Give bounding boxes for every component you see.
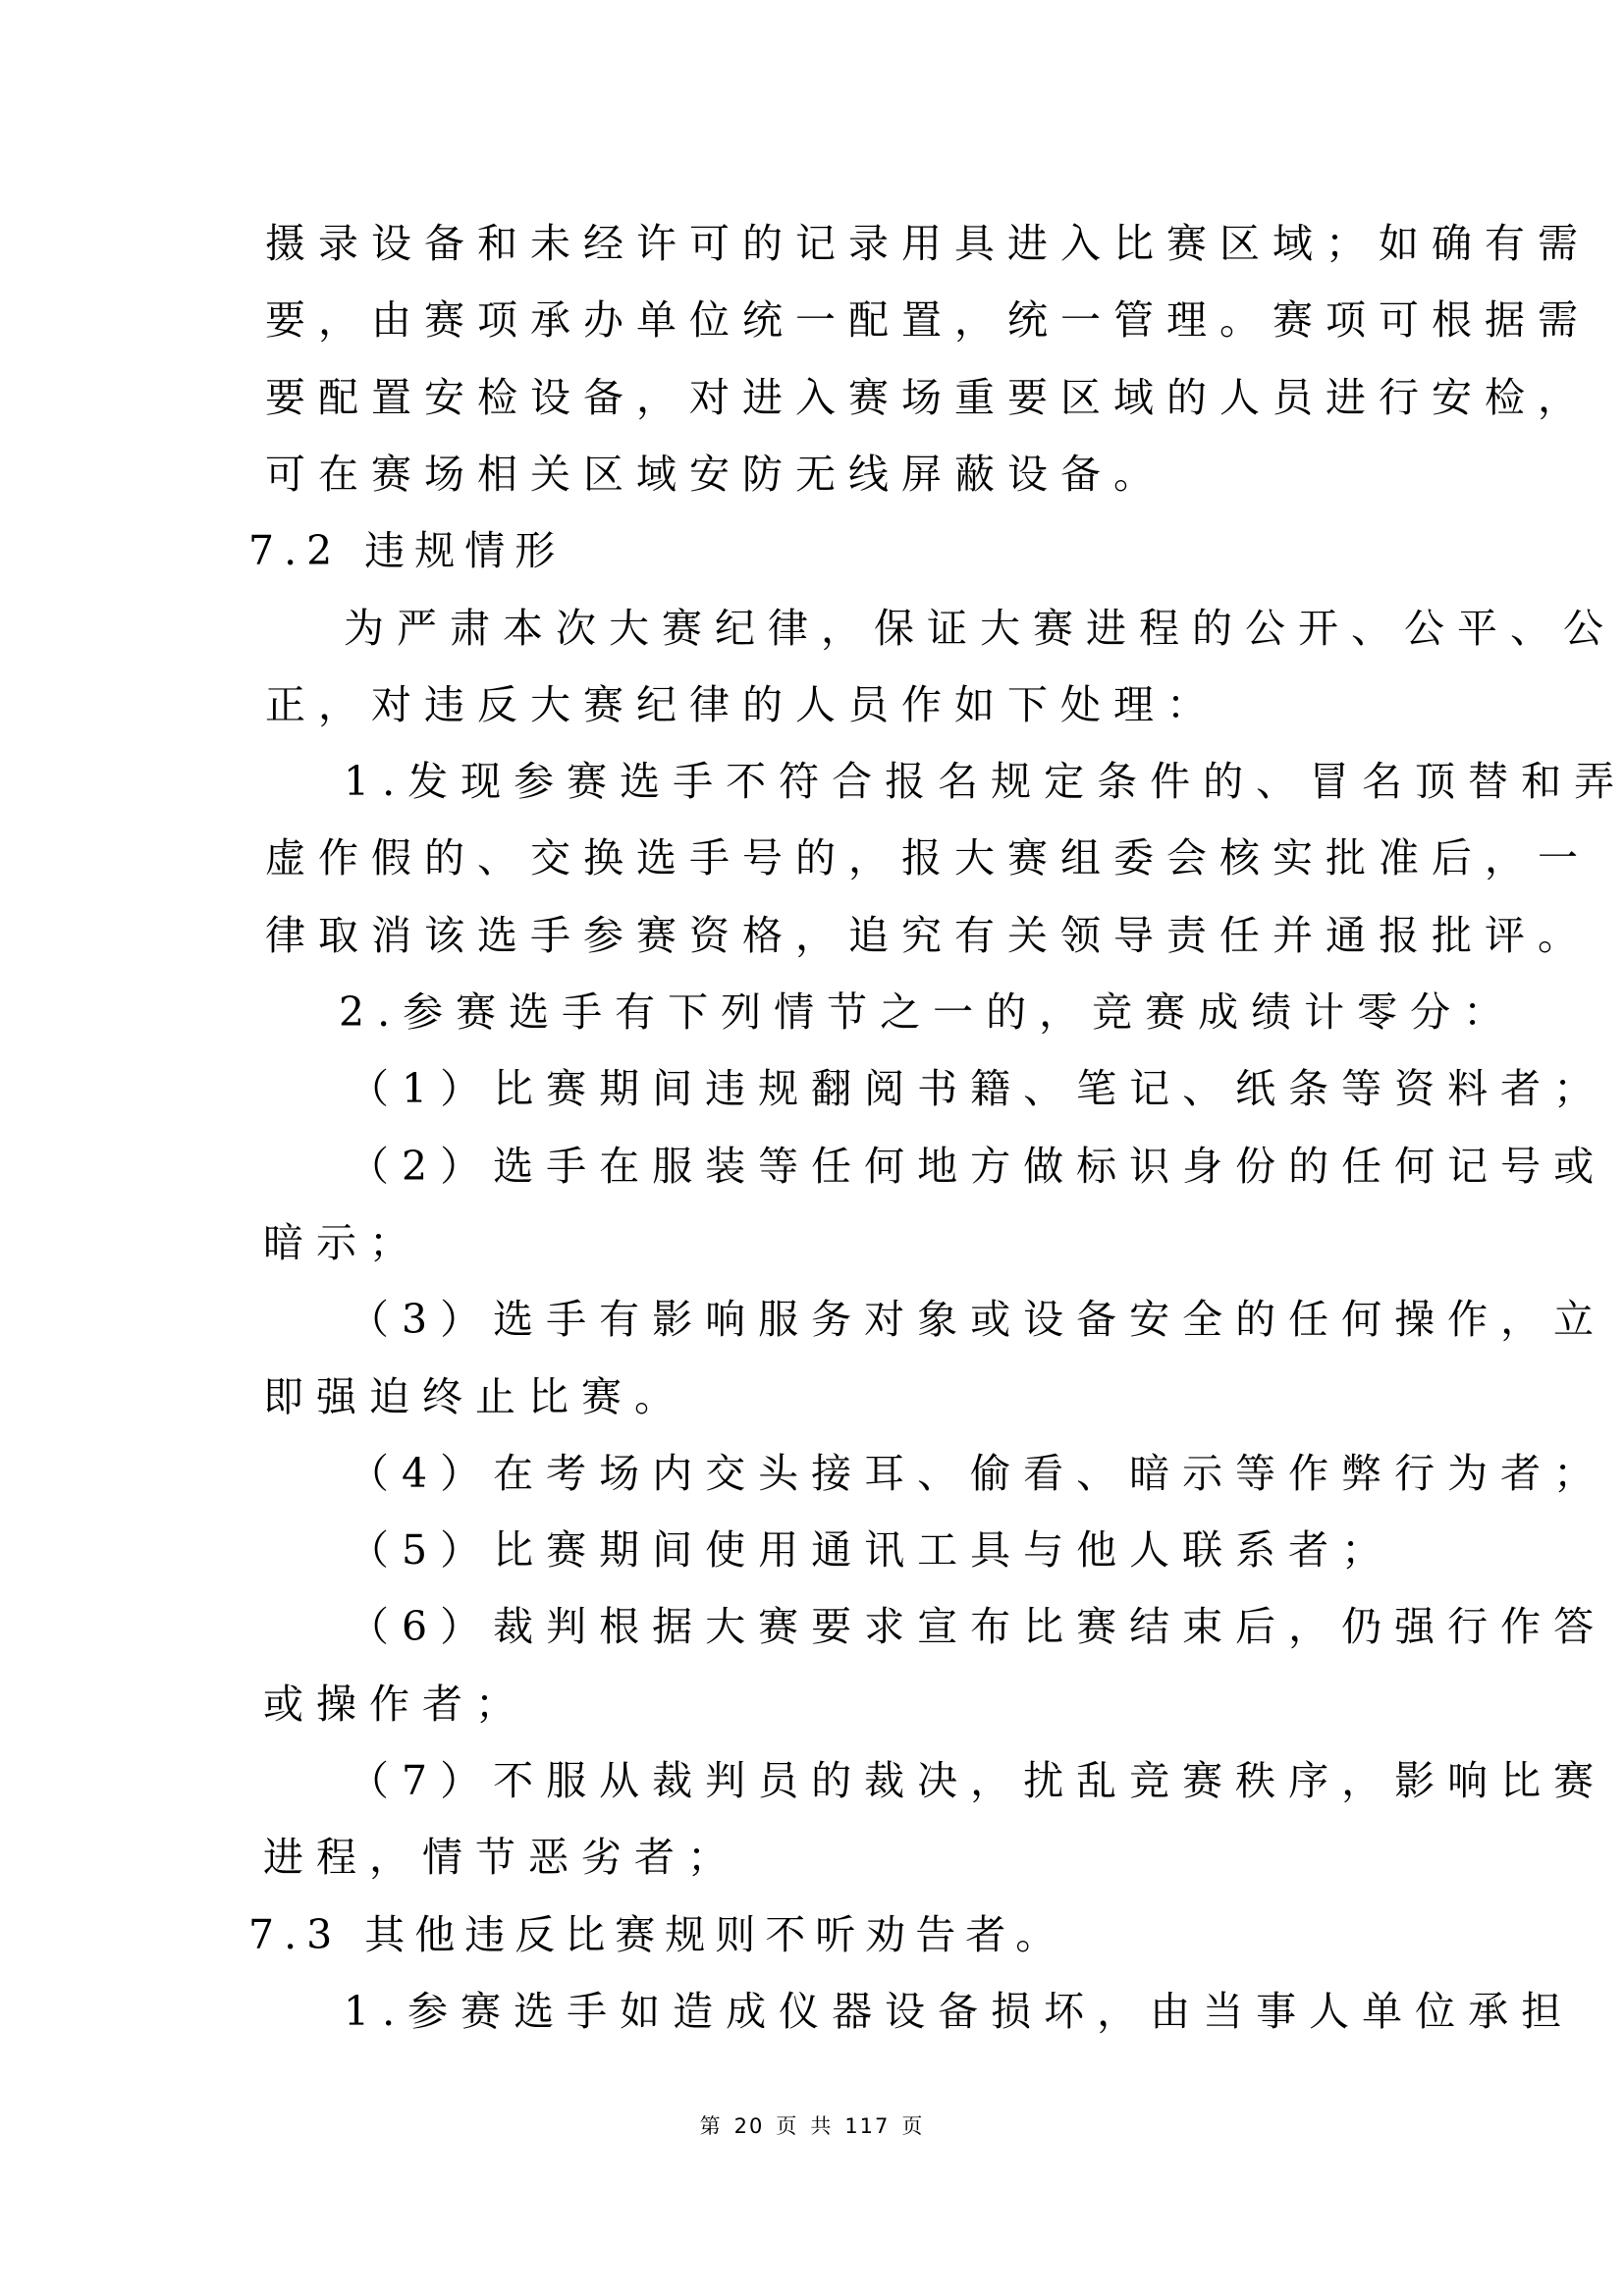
line-16: （4）在考场内交头接耳、偷看、暗示等作弊行为者； xyxy=(349,1435,1606,1512)
footer-page-word-2: 页 xyxy=(901,2114,924,2138)
line-14: （3）选手有影响服务对象或设备安全的任何操作，立 xyxy=(349,1281,1606,1358)
line-8: 虚作假的、交换选手号的，报大赛组委会核实批准后，一 xyxy=(265,820,1591,896)
line-7: 1.发现参赛选手不符合报名规定条件的、冒名顶替和弄 xyxy=(344,743,1624,820)
line-18: （6）裁判根据大赛要求宣布比赛结束后，仍强行作答 xyxy=(349,1588,1606,1665)
line-19: 或操作者； xyxy=(263,1666,528,1742)
line-0: 摄录设备和未经许可的记录用具进入比赛区域；如确有需 xyxy=(265,205,1591,282)
page-footer: 第20页共117页 xyxy=(0,2110,1624,2140)
line-17: （5）比赛期间使用通讯工具与他人联系者； xyxy=(349,1512,1394,1588)
footer-page-word: 页 xyxy=(776,2114,798,2138)
total-pages-number: 117 xyxy=(844,2114,890,2138)
line-2: 要配置安检设备，对进入赛场重要区域的人员进行安检， xyxy=(265,359,1591,436)
line-3: 可在赛场相关区域安防无线屏蔽设备。 xyxy=(265,436,1166,512)
line-12: （2）选手在服装等任何地方做标识身份的任何记号或 xyxy=(349,1128,1606,1204)
line-5: 为严肃本次大赛纪律，保证大赛进程的公开、公平、公 xyxy=(344,590,1616,667)
line-11: （1）比赛期间违规翻阅书籍、笔记、纸条等资料者； xyxy=(349,1050,1606,1127)
line-13: 暗示； xyxy=(263,1204,422,1281)
footer-prefix: 第 xyxy=(700,2114,723,2138)
footer-total-prefix: 共 xyxy=(810,2114,833,2138)
section-heading-7-2: 7.2 违规情形 xyxy=(248,512,565,589)
section-heading-7-3: 7.3 其他违反比赛规则不听劝告者。 xyxy=(248,1896,1065,1973)
line-20: （7）不服从裁判员的裁决，扰乱竞赛秩序，影响比赛 xyxy=(349,1742,1606,1819)
current-page-number: 20 xyxy=(734,2114,765,2138)
line-23: 1.参赛选手如造成仪器设备损坏，由当事人单位承担 xyxy=(344,1973,1574,2050)
line-15: 即强迫终止比赛。 xyxy=(263,1359,687,1435)
line-1: 要，由赛项承办单位统一配置，统一管理。赛项可根据需 xyxy=(265,282,1591,358)
line-9: 律取消该选手参赛资格，追究有关领导责任并通报批评。 xyxy=(265,897,1591,974)
line-21: 进程，情节恶劣者； xyxy=(263,1819,740,1896)
line-6: 正，对违反大赛纪律的人员作如下处理： xyxy=(265,667,1219,743)
line-10: 2.参赛选手有下列情节之一的，竞赛成绩计零分： xyxy=(339,974,1516,1050)
